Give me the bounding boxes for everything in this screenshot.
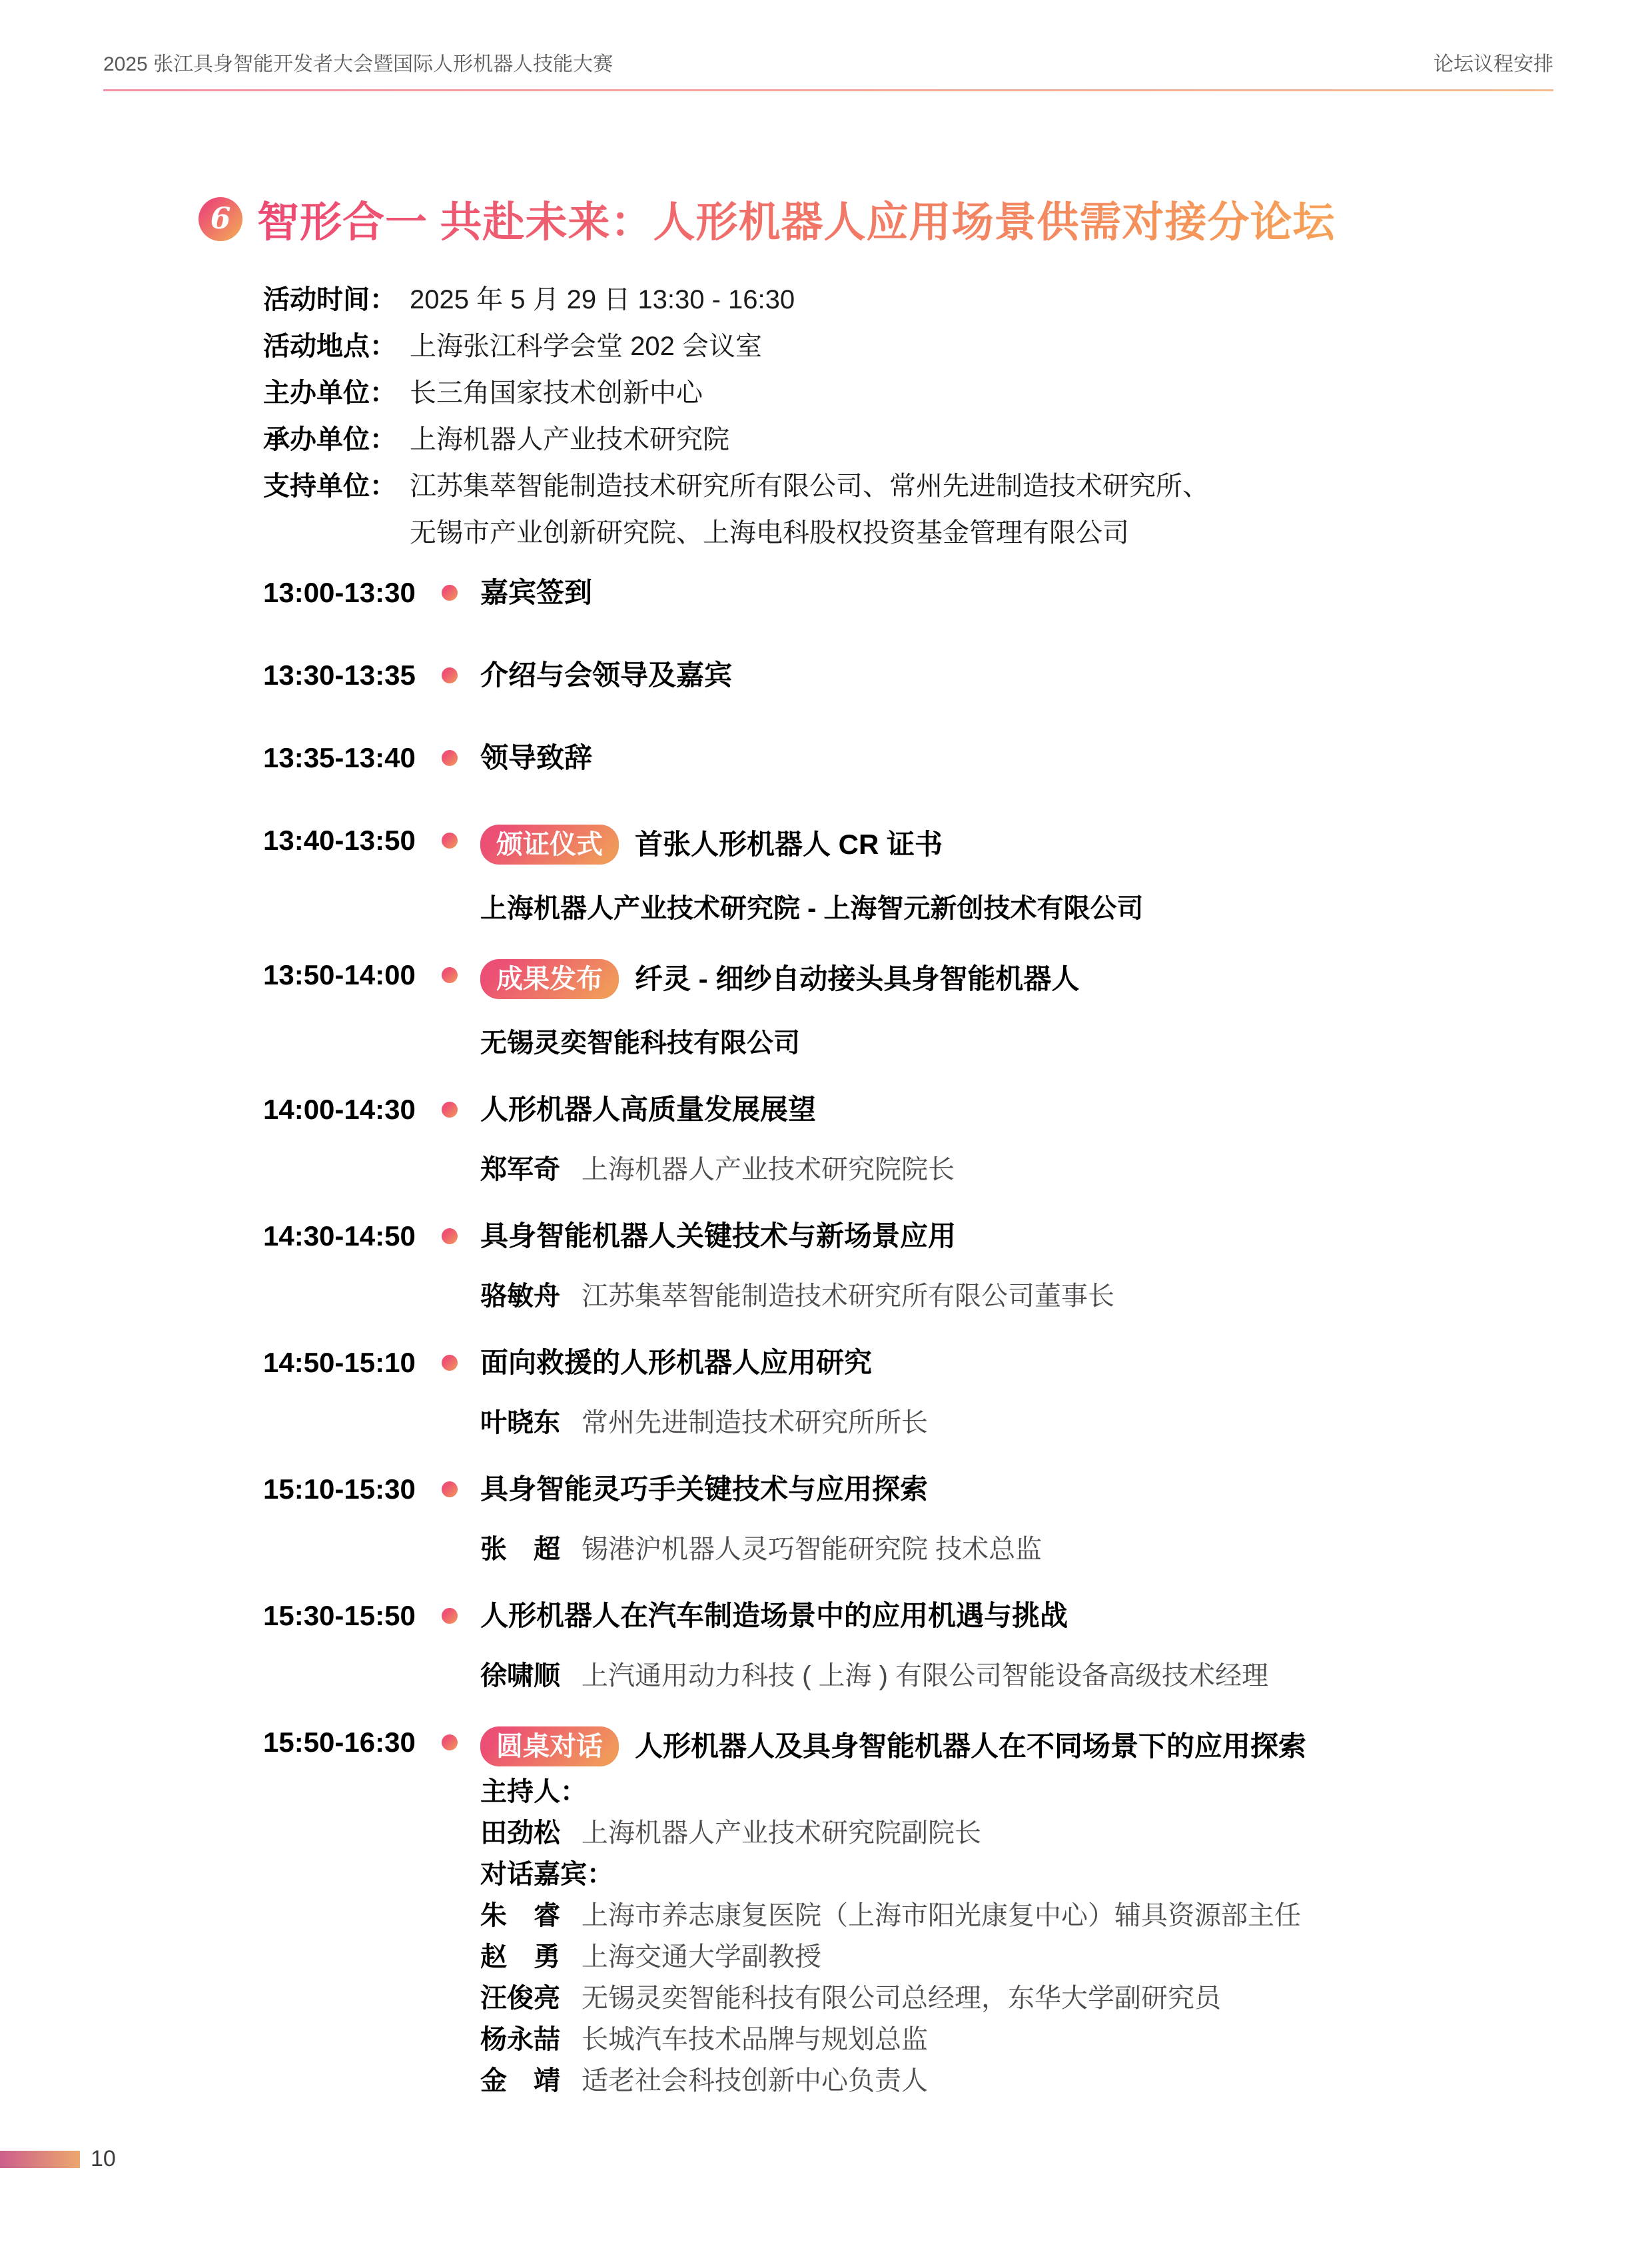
session-content: 人形机器人高质量发展展望 郑军奇 上海机器人产业技术研究院院长 [480,1094,1652,1186]
session-content: 颁证仪式 首张人形机器人 CR 证书 上海机器人产业技术研究院 - 上海智元新创… [480,825,1652,925]
speaker-affiliation: 常州先进制造技术研究所所长 [582,1407,928,1439]
schedule-time: 14:50-15:10 [263,1347,428,1379]
speaker-name: 郑军奇 [480,1154,582,1186]
info-row: 活动地点： 上海张江科学会堂 202 会议室 [263,330,1652,362]
info-label: 活动时间： [263,284,410,316]
session-title: 纤灵 - 细纱自动接头具身智能机器人 [635,963,1079,995]
info-value-line1: 长三角国家技术创新中心 [410,377,703,409]
session-content: 成果发布 纤灵 - 细纱自动接头具身智能机器人 无锡灵奕智能科技有限公司 [480,959,1652,1059]
header-event-title: 2025 张江具身智能开发者大会暨国际人形机器人技能大赛 [103,52,613,77]
forum-number-badge: 6 [199,197,242,241]
schedule-time: 13:00-13:30 [263,577,428,609]
schedule-time: 13:50-14:00 [263,959,428,991]
guest-list: 朱 睿 上海市养志康复医院（上海市阳光康复中心）辅具资源部主任 赵 勇 上海交通… [480,1900,1652,2097]
speaker-line: 郑军奇 上海机器人产业技术研究院院长 [480,1154,1652,1186]
session-title-line: 具身智能机器人关键技术与新场景应用 [480,1220,1652,1252]
session-badge: 成果发布 [480,959,619,999]
session-title-line: 圆桌对话 人形机器人及具身智能机器人在不同场景下的应用探索 [480,1726,1652,1766]
session-content: 人形机器人在汽车制造场景中的应用机遇与挑战 徐啸顺 上汽通用动力科技 ( 上海 … [480,1600,1652,1692]
schedule-time: 13:35-13:40 [263,742,428,774]
forum-title: 智形合一 共赴未来：人形机器人应用场景供需对接分论坛 [257,188,1336,249]
bullet-icon [442,967,458,983]
session-content: 面向救援的人形机器人应用研究 叶晓东 常州先进制造技术研究所所长 [480,1347,1652,1439]
guest-name: 汪俊亮 [480,1982,582,2014]
speaker-affiliation: 上海机器人产业技术研究院院长 [582,1154,955,1186]
speaker-name: 骆敏舟 [480,1280,582,1312]
page-footer: 10 [0,2146,116,2172]
schedule-row: 15:30-15:50 人形机器人在汽车制造场景中的应用机遇与挑战 徐啸顺 上汽… [263,1600,1652,1692]
bullet-icon [442,585,458,601]
guest-line: 赵 勇 上海交通大学副教授 [480,1941,1652,1973]
guest-name: 金 靖 [480,2065,582,2097]
session-title-line: 领导致辞 [480,742,1652,774]
session-company: 上海机器人产业技术研究院 - 上海智元新创技术有限公司 [480,893,1652,925]
session-title: 人形机器人高质量发展展望 [480,1094,816,1126]
session-title-line: 成果发布 纤灵 - 细纱自动接头具身智能机器人 [480,959,1652,999]
session-title-line: 人形机器人在汽车制造场景中的应用机遇与挑战 [480,1600,1652,1632]
schedule-row: 14:30-14:50 具身智能机器人关键技术与新场景应用 骆敏舟 江苏集萃智能… [263,1220,1652,1312]
schedule-row: 14:50-15:10 面向救援的人形机器人应用研究 叶晓东 常州先进制造技术研… [263,1347,1652,1439]
info-row: 活动时间： 2025 年 5 月 29 日 13:30 - 16:30 [263,284,1652,316]
speaker-affiliation: 江苏集萃智能制造技术研究所有限公司董事长 [582,1280,1114,1312]
session-title: 人形机器人及具身智能机器人在不同场景下的应用探索 [635,1730,1306,1762]
session-title-line: 面向救援的人形机器人应用研究 [480,1347,1652,1379]
schedule-row: 13:40-13:50 颁证仪式 首张人形机器人 CR 证书 上海机器人产业技术… [263,825,1652,925]
guests-label: 对话嘉宾： [480,1858,1652,1890]
session-content: 领导致辞 [480,742,1652,774]
info-value: 长三角国家技术创新中心 [410,377,703,409]
session-title: 具身智能灵巧手关键技术与应用探索 [480,1473,928,1505]
schedule-time: 13:40-13:50 [263,825,428,857]
forum-info-list: 活动时间： 2025 年 5 月 29 日 13:30 - 16:30 活动地点… [263,284,1652,549]
schedule-row: 15:50-16:30 圆桌对话 人形机器人及具身智能机器人在不同场景下的应用探… [263,1726,1652,2097]
session-title-line: 具身智能灵巧手关键技术与应用探索 [480,1473,1652,1505]
session-content: 圆桌对话 人形机器人及具身智能机器人在不同场景下的应用探索 主持人： 田劲松 上… [480,1726,1652,2097]
speaker-name: 徐啸顺 [480,1660,582,1692]
info-value-line2: 无锡市产业创新研究院、上海电科股权投资基金管理有限公司 [410,517,1209,549]
guest-affiliation: 无锡灵奕智能科技有限公司总经理，东华大学副研究员 [582,1982,1221,2014]
schedule-time: 13:30-13:35 [263,659,428,691]
bullet-icon [442,1608,458,1624]
info-label: 活动地点： [263,330,410,362]
speaker-affiliation: 上汽通用动力科技 ( 上海 ) 有限公司智能设备高级技术经理 [582,1660,1268,1692]
session-title-line: 嘉宾签到 [480,577,1652,609]
guest-affiliation: 上海交通大学副教授 [582,1941,821,1973]
forum-title-row: 6 智形合一 共赴未来：人形机器人应用场景供需对接分论坛 [199,188,1652,249]
info-value-line1: 上海张江科学会堂 202 会议室 [410,330,762,362]
guest-affiliation: 上海市养志康复医院（上海市阳光康复中心）辅具资源部主任 [582,1900,1301,1932]
guest-name: 朱 睿 [480,1900,582,1932]
schedule-time: 14:00-14:30 [263,1094,428,1126]
guest-line: 汪俊亮 无锡灵奕智能科技有限公司总经理，东华大学副研究员 [480,1982,1652,2014]
session-title: 具身智能机器人关键技术与新场景应用 [480,1220,956,1252]
schedule-time: 15:10-15:30 [263,1473,428,1505]
schedule-row: 15:10-15:30 具身智能灵巧手关键技术与应用探索 张 超 锡港沪机器人灵… [263,1473,1652,1565]
info-value-line1: 上海机器人产业技术研究院 [410,424,729,456]
schedule-row: 13:30-13:35 介绍与会领导及嘉宾 [263,659,1652,691]
header-divider [103,89,1553,91]
session-content: 具身智能灵巧手关键技术与应用探索 张 超 锡港沪机器人灵巧智能研究院 技术总监 [480,1473,1652,1565]
schedule-row: 13:35-13:40 领导致辞 [263,742,1652,774]
bullet-icon [442,1228,458,1244]
info-value: 上海机器人产业技术研究院 [410,424,729,456]
session-company: 无锡灵奕智能科技有限公司 [480,1027,1652,1059]
speaker-line: 张 超 锡港沪机器人灵巧智能研究院 技术总监 [480,1533,1652,1565]
bullet-icon [442,1102,458,1118]
speaker-name: 叶晓东 [480,1407,582,1439]
speaker-line: 叶晓东 常州先进制造技术研究所所长 [480,1407,1652,1439]
bullet-icon [442,750,458,766]
session-content: 介绍与会领导及嘉宾 [480,659,1652,691]
info-value: 上海张江科学会堂 202 会议室 [410,330,762,362]
session-title-line: 人形机器人高质量发展展望 [480,1094,1652,1126]
speaker-line: 徐啸顺 上汽通用动力科技 ( 上海 ) 有限公司智能设备高级技术经理 [480,1660,1652,1692]
schedule-row: 13:50-14:00 成果发布 纤灵 - 细纱自动接头具身智能机器人 无锡灵奕… [263,959,1652,1059]
bullet-icon [442,1481,458,1497]
guest-name: 杨永喆 [480,2024,582,2055]
agenda-page: 2025 张江具身智能开发者大会暨国际人形机器人技能大赛 论坛议程安排 6 智形… [0,0,1652,2242]
bullet-icon [442,833,458,849]
schedule-time: 14:30-14:50 [263,1220,428,1252]
schedule-row: 13:00-13:30 嘉宾签到 [263,577,1652,609]
guest-name: 赵 勇 [480,1941,582,1973]
session-title-line: 介绍与会领导及嘉宾 [480,659,1652,691]
schedule-list: 13:00-13:30 嘉宾签到 13:30-13:35 介绍与会领导及嘉宾 1… [263,577,1652,2097]
info-label: 承办单位： [263,424,410,456]
speaker-affiliation: 锡港沪机器人灵巧智能研究院 技术总监 [582,1533,1042,1565]
page-header: 2025 张江具身智能开发者大会暨国际人形机器人技能大赛 论坛议程安排 [103,0,1553,77]
host-affiliation: 上海机器人产业技术研究院副院长 [582,1817,981,1849]
header-section-title: 论坛议程安排 [1434,52,1553,77]
session-title: 面向救援的人形机器人应用研究 [480,1347,872,1379]
guest-affiliation: 长城汽车技术品牌与规划总监 [582,2024,928,2055]
roundtable-details: 主持人： 田劲松 上海机器人产业技术研究院副院长 对话嘉宾： 朱 睿 上海市养志… [480,1776,1652,2097]
host-label: 主持人： [480,1776,1652,1808]
guest-line: 朱 睿 上海市养志康复医院（上海市阳光康复中心）辅具资源部主任 [480,1900,1652,1932]
guest-line: 金 靖 适老社会科技创新中心负责人 [480,2065,1652,2097]
speaker-line: 骆敏舟 江苏集萃智能制造技术研究所有限公司董事长 [480,1280,1652,1312]
session-title: 嘉宾签到 [480,577,592,609]
page-number: 10 [91,2146,116,2172]
session-title: 领导致辞 [480,742,592,774]
schedule-row: 14:00-14:30 人形机器人高质量发展展望 郑军奇 上海机器人产业技术研究… [263,1094,1652,1186]
session-badge: 颁证仪式 [480,825,619,865]
schedule-time: 15:30-15:50 [263,1600,428,1632]
host-name: 田劲松 [480,1817,582,1849]
bullet-icon [442,1355,458,1371]
session-title: 首张人形机器人 CR 证书 [635,829,943,861]
session-title: 介绍与会领导及嘉宾 [480,659,732,691]
session-content: 具身智能机器人关键技术与新场景应用 骆敏舟 江苏集萃智能制造技术研究所有限公司董… [480,1220,1652,1312]
guest-affiliation: 适老社会科技创新中心负责人 [582,2065,928,2097]
info-label: 主办单位： [263,377,410,409]
guest-line: 杨永喆 长城汽车技术品牌与规划总监 [480,2024,1652,2055]
session-title-line: 颁证仪式 首张人形机器人 CR 证书 [480,825,1652,865]
info-value-line1: 江苏集萃智能制造技术研究所有限公司、常州先进制造技术研究所、 [410,470,1209,502]
session-content: 嘉宾签到 [480,577,1652,609]
info-value-line1: 2025 年 5 月 29 日 13:30 - 16:30 [410,284,795,316]
info-row: 支持单位： 江苏集萃智能制造技术研究所有限公司、常州先进制造技术研究所、 无锡市… [263,470,1652,549]
info-row: 主办单位： 长三角国家技术创新中心 [263,377,1652,409]
info-value: 江苏集萃智能制造技术研究所有限公司、常州先进制造技术研究所、 无锡市产业创新研究… [410,470,1209,549]
info-row: 承办单位： 上海机器人产业技术研究院 [263,424,1652,456]
speaker-name: 张 超 [480,1533,582,1565]
schedule-time: 15:50-16:30 [263,1726,428,1758]
info-value: 2025 年 5 月 29 日 13:30 - 16:30 [410,284,795,316]
session-badge: 圆桌对话 [480,1726,619,1766]
bullet-icon [442,667,458,683]
info-label: 支持单位： [263,470,410,549]
host-line: 田劲松 上海机器人产业技术研究院副院长 [480,1817,1652,1849]
footer-accent-bar [0,2151,80,2168]
bullet-icon [442,1734,458,1750]
session-title: 人形机器人在汽车制造场景中的应用机遇与挑战 [480,1600,1068,1632]
